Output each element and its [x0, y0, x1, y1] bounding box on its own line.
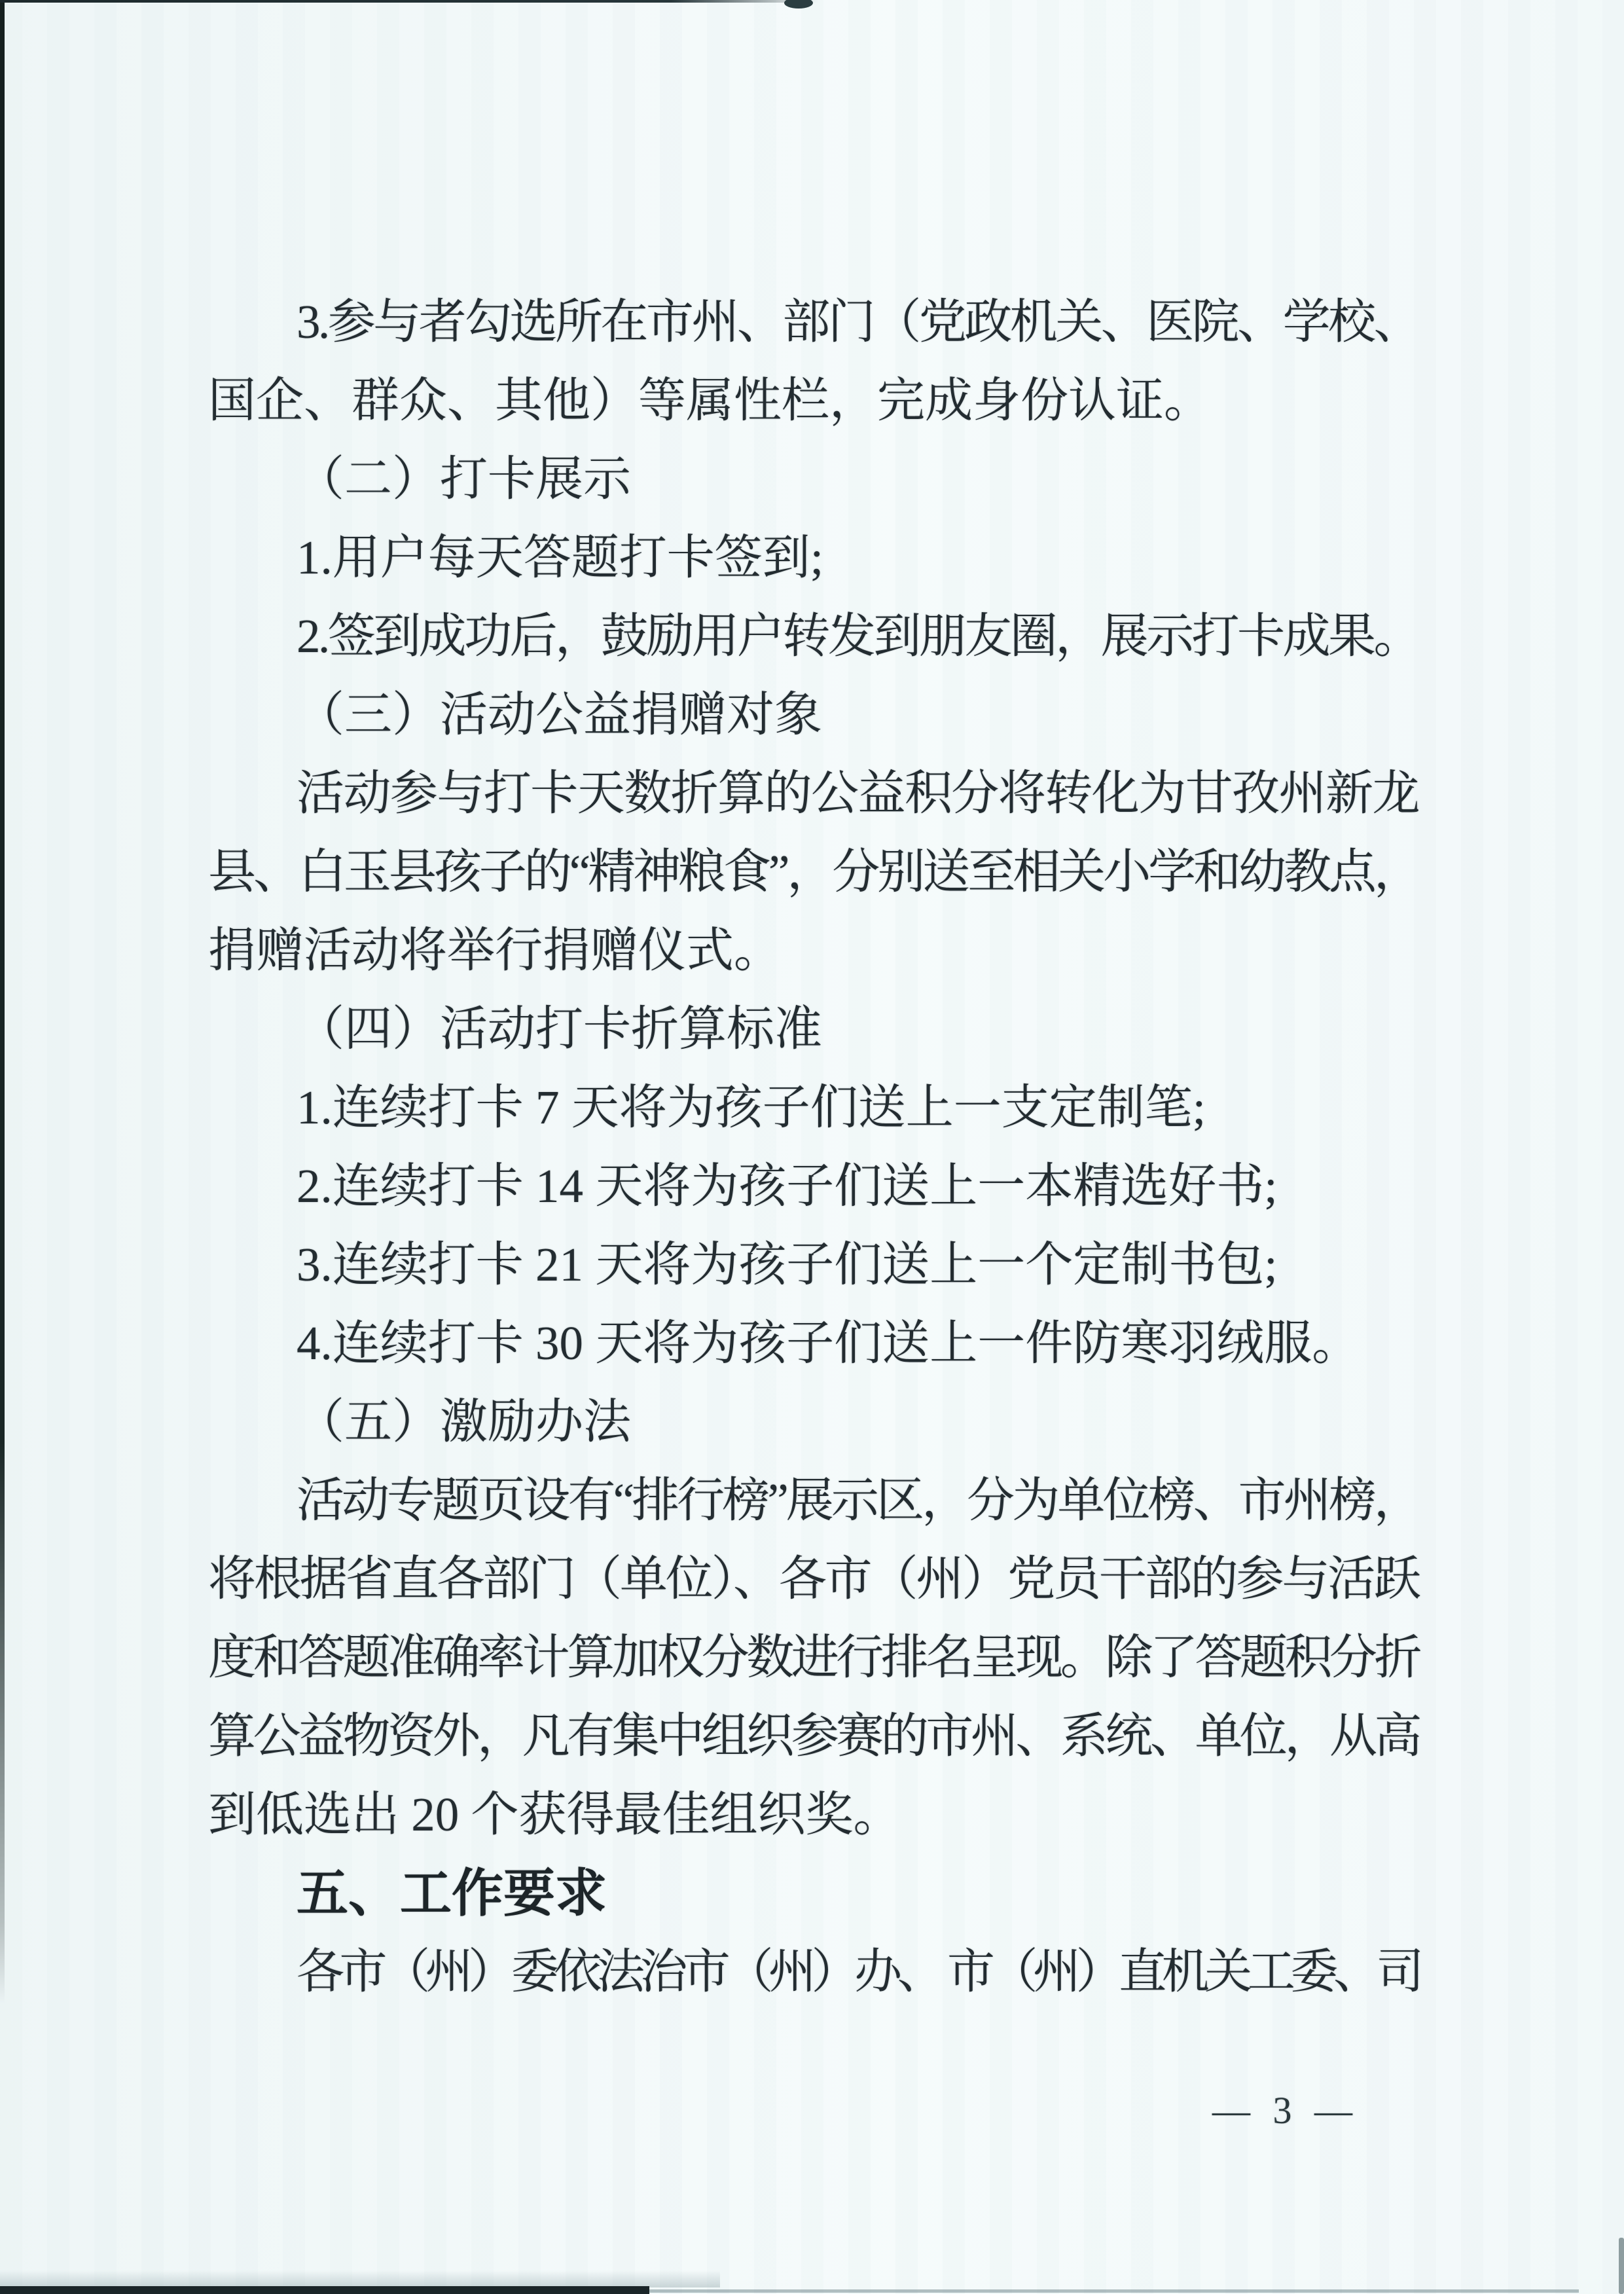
document-line: 县、白玉县孩子的“精神粮食”，分别送至相关小学和幼教点， — [208, 833, 1419, 911]
scan-edge-bottom-shade — [0, 2270, 720, 2287]
document-line: 各市（州）委依法治市（州）办、 市（州）直机关工委、司 — [208, 1933, 1419, 2011]
page-number: — 3 — — [1212, 2088, 1359, 2132]
document-line: 将根据省直各部门（单位）、各市（州）党员干部的参与活跃 — [208, 1540, 1419, 1618]
document-line: 国企、群众、其他）等属性栏，完成身份认证。 — [208, 361, 1419, 440]
document-line: 度和答题准确率计算加权分数进行排名呈现。除了答题积分折 — [208, 1618, 1419, 1697]
section-heading-5: （五）激励办法 — [208, 1383, 1419, 1461]
scan-edge-corner-right — [1619, 2238, 1624, 2294]
section-heading-work-requirements: 五、工作要求 — [208, 1854, 1419, 1933]
document-line: 算公益物资外，凡有集中组织参赛的市州、系统、单位，从高 — [208, 1697, 1419, 1775]
document-body: 3.参与者勾选所在市州、部门（党政机关、医院、学校、 国企、群众、其他）等属性栏… — [208, 283, 1419, 2011]
document-line: 2.连续打卡 14 天将为孩子们送上一本精选好书; — [208, 1147, 1419, 1226]
document-line: 活动参与打卡天数折算的公益积分将转化为甘孜州新龙 — [208, 754, 1419, 833]
scan-edge-left — [0, 0, 5, 2003]
document-line: 捐赠活动将举行捐赠仪式。 — [208, 911, 1419, 990]
scan-edge-top — [0, 0, 818, 3]
scanned-document-page: 3.参与者勾选所在市州、部门（党政机关、医院、学校、 国企、群众、其他）等属性栏… — [0, 0, 1624, 2294]
document-line: 3.连续打卡 21 天将为孩子们送上一个定制书包; — [208, 1226, 1419, 1304]
document-line: 1.用户每天答题打卡签到; — [208, 519, 1419, 597]
section-heading-2: （二）打卡展示 — [208, 440, 1419, 519]
scan-edge-bottom-faint — [649, 2289, 1579, 2293]
document-line: 2.签到成功后，鼓励用户转发到朋友圈，展示打卡成果。 — [208, 597, 1419, 676]
scan-artifact-blob — [784, 0, 813, 9]
section-heading-3: （三）活动公益捐赠对象 — [208, 676, 1419, 754]
document-line: 活动专题页设有“排行榜”展示区，分为单位榜、市州榜， — [208, 1461, 1419, 1540]
document-line: 3.参与者勾选所在市州、部门（党政机关、医院、学校、 — [208, 283, 1419, 361]
document-line: 到低选出 20 个获得最佳组织奖。 — [208, 1775, 1419, 1854]
scan-edge-bottom — [0, 2286, 649, 2294]
section-heading-4: （四）活动打卡折算标准 — [208, 990, 1419, 1068]
document-line: 4.连续打卡 30 天将为孩子们送上一件防寒羽绒服。 — [208, 1304, 1419, 1383]
document-line: 1.连续打卡 7 天将为孩子们送上一支定制笔; — [208, 1068, 1419, 1147]
